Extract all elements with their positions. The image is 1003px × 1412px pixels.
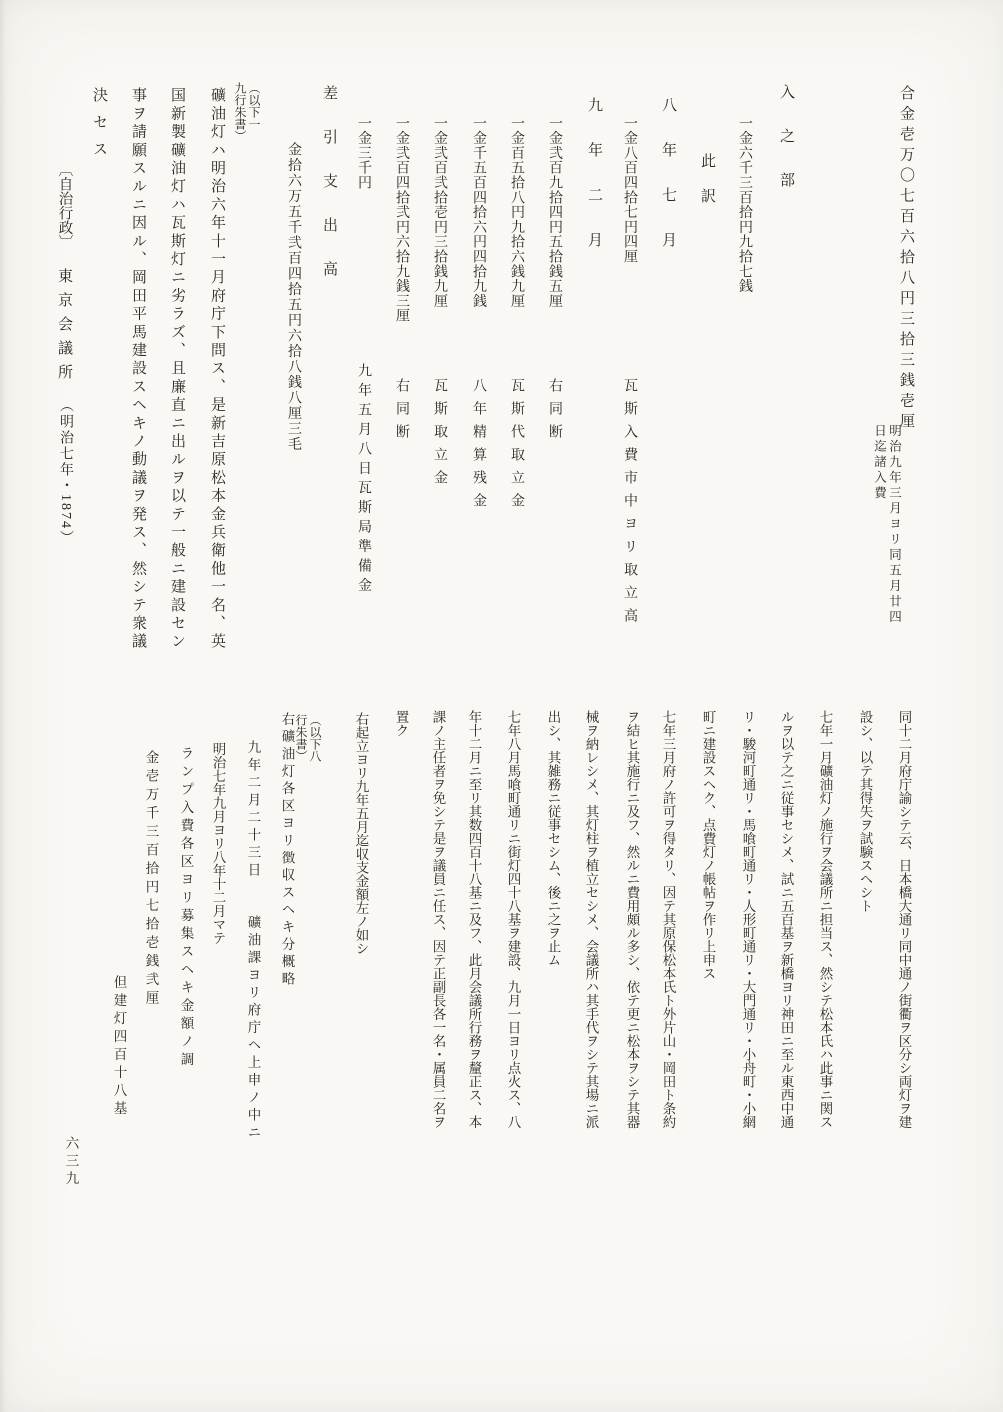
page-footer: 六三九	[0, 0, 1003, 1412]
page-number: 六三九	[64, 1136, 78, 1189]
page: 合金壱万〇七百六拾八円三拾三銭壱厘明治九年三月ヨリ同五月廿四日迄諸入費入之部一金…	[0, 0, 1003, 1412]
